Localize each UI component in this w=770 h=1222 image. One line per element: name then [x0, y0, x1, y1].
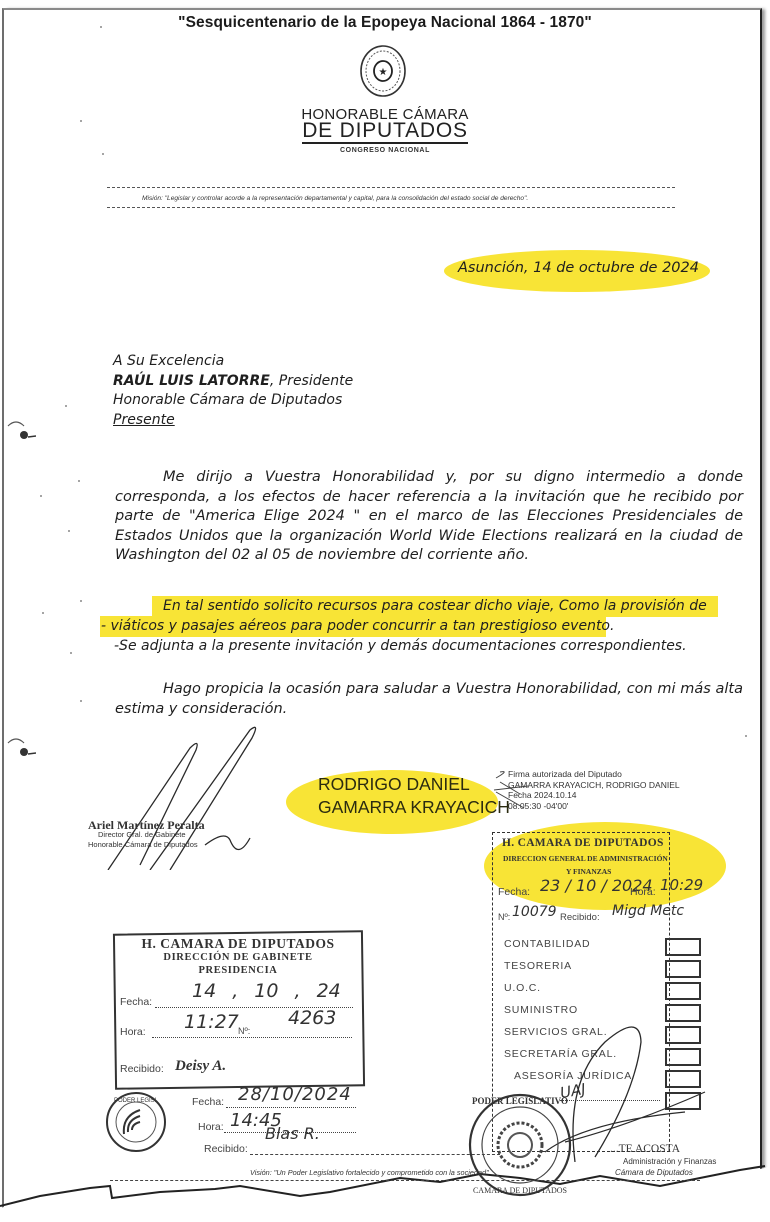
checkbox-tesoreria: [665, 960, 701, 978]
digital-signature-block: Firma autorizada del Diputado GAMARRA KR…: [508, 769, 680, 811]
footer-divider: [110, 1180, 700, 1181]
svg-text:★: ★: [379, 67, 388, 78]
admin-stamp-subtitle1: DIRECCION GENERAL DE ADMINISTRACIÓN: [503, 854, 668, 863]
digital-signature-line: GAMARRA KRAYACICH, RODRIGO DANIEL: [508, 780, 680, 791]
admin-numero-label: Nº:: [498, 912, 510, 922]
recipient-name-line: RAÚL LUIS LATORRE, Presidente: [113, 372, 353, 392]
scan-speck: [80, 700, 82, 702]
cabinet-hora-label: Hora:: [120, 1026, 146, 1038]
cabinet-recibido-value: Deisy A.: [175, 1058, 226, 1075]
cabinet-hora-value: 11:27: [184, 1011, 239, 1033]
scan-speck: [40, 495, 42, 497]
recipient-block: A Su Excelencia RAÚL LUIS LATORRE, Presi…: [113, 352, 353, 430]
body-paragraph-2-line1: En tal sentido solicito recursos para co…: [163, 597, 707, 617]
legislative-recibido-dots: [250, 1154, 500, 1155]
cabinet-signer-institution: Honorable Cámara de Diputados: [88, 840, 205, 850]
body-paragraph-3: Hago propicia la ocasión para saludar a …: [115, 680, 743, 719]
punch-mark-icon: [6, 735, 36, 763]
dept-contabilidad: CONTABILIDAD: [504, 938, 590, 950]
cabinet-fecha-label: Fecha:: [120, 996, 152, 1008]
scan-speck: [42, 612, 44, 614]
divider-top: [107, 187, 675, 188]
admin-fecha-label: Fecha:: [498, 886, 530, 898]
scan-speck: [70, 652, 72, 654]
admin-hora-label: Hora:: [630, 886, 656, 898]
recipient-institution: Honorable Cámara de Diputados: [113, 391, 353, 411]
dept-uoc: U.O.C.: [504, 982, 541, 994]
svg-text:PODER LEGISL: PODER LEGISL: [114, 1098, 159, 1104]
digital-signature-mark-icon: [490, 768, 530, 818]
checkbox-contabilidad: [665, 938, 701, 956]
admin-recibido-label: Recibido:: [560, 912, 600, 923]
institution-name-line3: CONGRESO NACIONAL: [0, 147, 770, 154]
admin-signer-title: Administración y Finanzas: [623, 1157, 716, 1166]
punch-mark-icon: [6, 418, 36, 446]
digital-signature-line: Firma autorizada del Diputado: [508, 769, 680, 780]
commemorative-motto: "Sesquicentenario de la Epopeya Nacional…: [0, 14, 770, 32]
digital-signature-line: Fecha 2024.10.14: [508, 790, 680, 801]
svg-text:PODER LEGISLATIVO: PODER LEGISLATIVO: [472, 1096, 568, 1106]
mission-statement: Misión: "Legislar y controlar acorde a l…: [142, 195, 702, 202]
body-paragraph-2-line3: -Se adjunta a la presente invitación y d…: [114, 637, 687, 657]
letter-date: Asunción, 14 de octubre de 2024: [458, 259, 699, 279]
recipient-salutation: A Su Excelencia: [113, 352, 353, 372]
national-seal-icon: ★: [358, 44, 408, 99]
institution-name-line2-text: DE DIPUTADOS: [302, 119, 468, 144]
body-paragraph-1: Me dirijo a Vuestra Honorabilidad y, por…: [115, 468, 743, 566]
scan-speck: [80, 600, 82, 602]
legislative-fecha-label: Fecha:: [192, 1096, 224, 1108]
legislative-recibido-value: Blas R.: [265, 1124, 320, 1143]
institution-name-line2: DE DIPUTADOS: [0, 119, 770, 143]
legislative-recibido-label: Recibido:: [204, 1143, 248, 1155]
cabinet-hora-dots: [152, 1037, 352, 1038]
cabinet-signer-name: Ariel Martínez Peralta: [88, 820, 205, 830]
admin-stamp-title: H. CAMARA DE DIPUTADOS: [502, 837, 677, 849]
cabinet-fecha-value: 14 , 10 , 24: [192, 980, 341, 1002]
dept-tesoreria: TESORERIA: [504, 960, 572, 972]
admin-stamp-subtitle2: Y FINANZAS: [566, 867, 611, 876]
body-paragraph-2-line2: - viáticos y pasajes aéreos para poder c…: [101, 617, 614, 637]
footer-tail: Cámara de Diputados: [615, 1168, 693, 1177]
signer-name-line1: RODRIGO DANIEL: [318, 773, 470, 796]
cabinet-stamp-subtitle1: DIRECCIÓN DE GABINETE: [118, 952, 358, 963]
presente-text: Presente: [113, 412, 175, 428]
digital-signature-line: 08:05:30 -04'00': [508, 801, 680, 812]
scan-speck: [745, 735, 747, 737]
recipient-role: , Presidente: [270, 373, 353, 389]
signer-name-line2: GAMARRA KRAYACICH: [318, 796, 510, 819]
scan-speck: [68, 530, 70, 532]
admin-hora-value: 10:29: [660, 876, 703, 894]
cabinet-stamp-title: H. CAMARA DE DIPUTADOS: [118, 936, 358, 952]
cabinet-numero-value: 4263: [288, 1007, 336, 1029]
legislative-hora-label: Hora:: [198, 1121, 224, 1133]
legislative-fecha-value: 28/10/2024: [238, 1084, 352, 1105]
cabinet-recibido-label: Recibido:: [120, 1063, 164, 1075]
cabinet-signature-block: Ariel Martínez Peralta Director Gral. de…: [88, 820, 205, 850]
cabinet-stamp-subtitle2: PRESIDENCIA: [118, 965, 358, 976]
cabinet-numero-label: Nº:: [238, 1026, 250, 1036]
svg-text:CAMARA DE DIPUTADOS: CAMARA DE DIPUTADOS: [473, 1186, 567, 1195]
legislative-seal-icon: PODER LEGISL: [104, 1090, 168, 1154]
legislative-fecha-dots: [226, 1107, 356, 1108]
chamber-round-seal-icon: PODER LEGISLATIVO CAMARA DE DIPUTADOS: [465, 1090, 575, 1200]
recipient-presente: Presente: [113, 411, 353, 431]
admin-recibido-value: Migd Metc: [612, 903, 684, 919]
divider-bottom: [107, 207, 675, 208]
admin-signer-name: ...TE ACOSTA: [610, 1143, 680, 1155]
scan-speck: [65, 405, 67, 407]
recipient-name: RAÚL LUIS LATORRE: [113, 373, 270, 389]
scan-speck: [78, 480, 80, 482]
footer-vision-statement: Visión: "Un Poder Legislativo fortalecid…: [250, 1168, 489, 1177]
admin-numero-value: 10079: [512, 904, 557, 920]
